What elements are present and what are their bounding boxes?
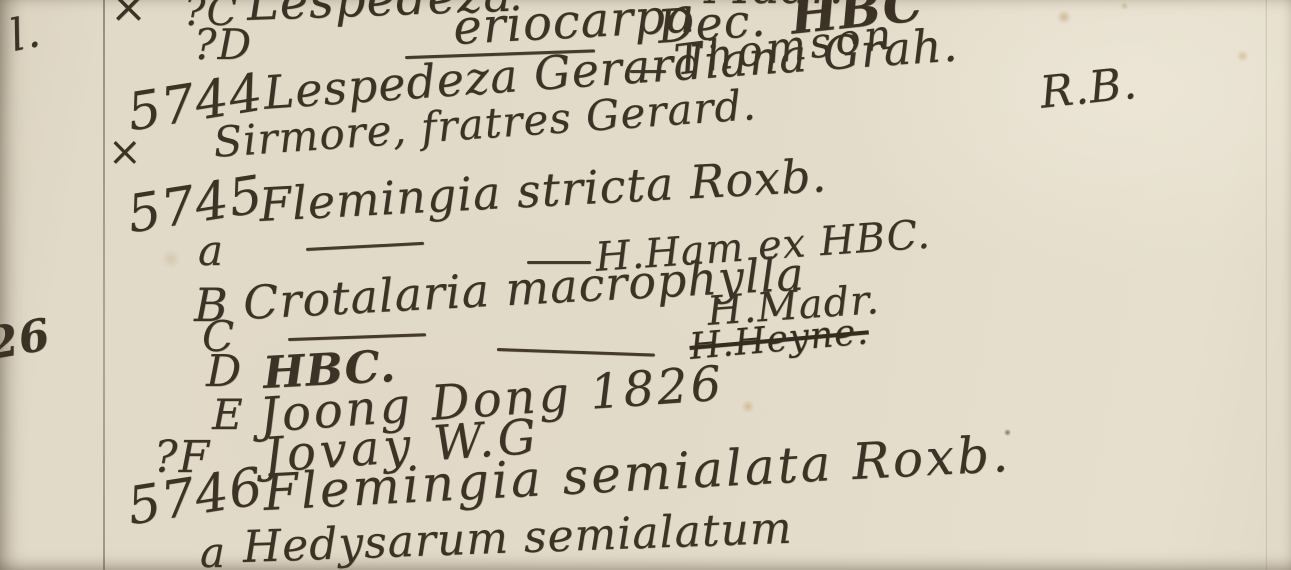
paper-crease <box>1264 0 1267 570</box>
specimen-label-d2: D <box>206 350 242 394</box>
manuscript-page: l. 26 × × Madr. ?C Lespedeza eriocarpa D… <box>0 0 1291 570</box>
entry-plant-name: Flemingia stricta Roxb. <box>258 152 828 228</box>
foxing-stain <box>160 250 182 268</box>
margin-letter: l. <box>6 10 45 59</box>
foxing-stain <box>741 400 755 413</box>
entry-number: 5745 <box>124 169 267 242</box>
margin-rule-line <box>103 0 105 570</box>
foxing-stain <box>1056 10 1072 24</box>
cross-mark: × <box>110 0 148 30</box>
specimen-label-d: ?D <box>194 24 252 66</box>
specimen-label-a2: a <box>200 532 226 570</box>
margin-number: 26 <box>0 313 54 367</box>
specimen-label-a: a <box>198 230 224 272</box>
specimen-label-e: E <box>212 394 244 436</box>
ditto-mark <box>288 333 426 341</box>
ditto-mark <box>306 242 424 251</box>
foxing-stain <box>1120 2 1129 10</box>
foxing-stain <box>1236 50 1249 62</box>
margin-note: R.B. <box>1038 62 1140 116</box>
ditto-mark <box>497 348 655 357</box>
